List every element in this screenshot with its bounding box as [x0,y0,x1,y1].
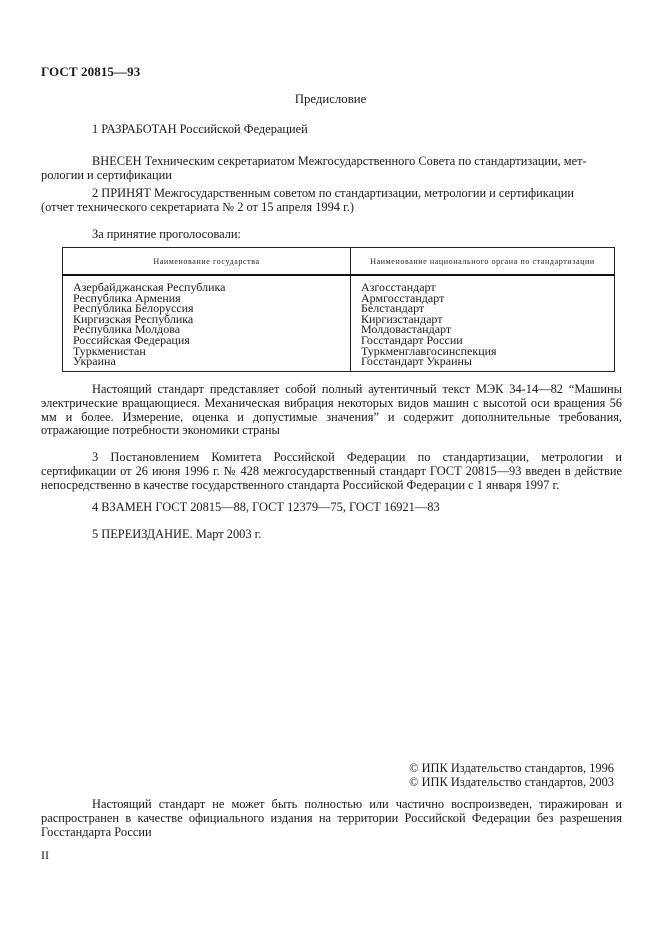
standards-body-name: Госстандарт Украины [361,356,604,367]
paragraph-voted: За принятие проголосовали: [62,228,622,242]
states-cell: Азербайджанская Республика Республика Ар… [63,275,351,371]
table-row: Азербайджанская Республика Республика Ар… [63,275,615,371]
standards-bodies-cell: Азгосстандарт Армгосстандарт Белстандарт… [351,275,615,371]
voting-table: Наименование государства Наименование на… [62,247,615,372]
page-number: II [41,848,49,863]
paragraph-developed: 1 РАЗРАБОТАН Российской Федерацией [62,123,622,137]
paragraph-resolution: 3 Постановлением Комитета Российской Фед… [41,451,622,492]
paragraph-text: рологии и сертификации [41,168,172,182]
paragraph-text: (отчет технического секретариата № 2 от … [41,200,354,214]
paragraph-text: 2 ПРИНЯТ Межгосударственным советом по с… [92,186,574,200]
paragraph-adopted: 2 ПРИНЯТ Межгосударственным советом по с… [41,187,622,215]
paragraph-text: ВНЕСЕН Техническим секретариатом Межгосу… [92,154,587,168]
copyright-block: © ИПК Издательство стандартов, 1996 © ИП… [409,762,614,789]
table-header-row: Наименование государства Наименование на… [63,248,615,276]
section-title: Предисловие [0,92,661,107]
paragraph-replaces: 4 ВЗАМЕН ГОСТ 20815—88, ГОСТ 12379—75, Г… [62,501,622,515]
paragraph-text: 4 ВЗАМЕН ГОСТ 20815—88, ГОСТ 12379—75, Г… [92,500,440,514]
paragraph-text: 5 ПЕРЕИЗДАНИЕ. Март 2003 г. [92,527,261,541]
paragraph-reissue: 5 ПЕРЕИЗДАНИЕ. Март 2003 г. [62,528,622,542]
paragraph-reproduction-notice: Настоящий стандарт не может быть полност… [41,798,622,839]
paragraph-introduced: ВНЕСЕН Техническим секретариатом Межгосу… [41,155,622,183]
copyright-line: © ИПК Издательство стандартов, 2003 [409,776,614,790]
paragraph-text: За принятие проголосовали: [92,227,241,241]
column-header-state: Наименование государства [63,248,351,276]
paragraph-text: Настоящий стандарт не может быть полност… [41,797,622,839]
column-header-standards-body: Наименование национального органа по ста… [351,248,615,276]
state-name: Украина [73,356,340,367]
document-code: ГОСТ 20815—93 [41,64,140,80]
paragraph-text: 3 Постановлением Комитета Российской Фед… [41,450,622,492]
copyright-line: © ИПК Издательство стандартов, 1996 [409,762,614,776]
paragraph-text: 1 РАЗРАБОТАН Российской Федерацией [92,122,308,136]
paragraph-text: Настоящий стандарт представляет собой по… [41,382,622,437]
paragraph-iec-text: Настоящий стандарт представляет собой по… [41,383,622,438]
